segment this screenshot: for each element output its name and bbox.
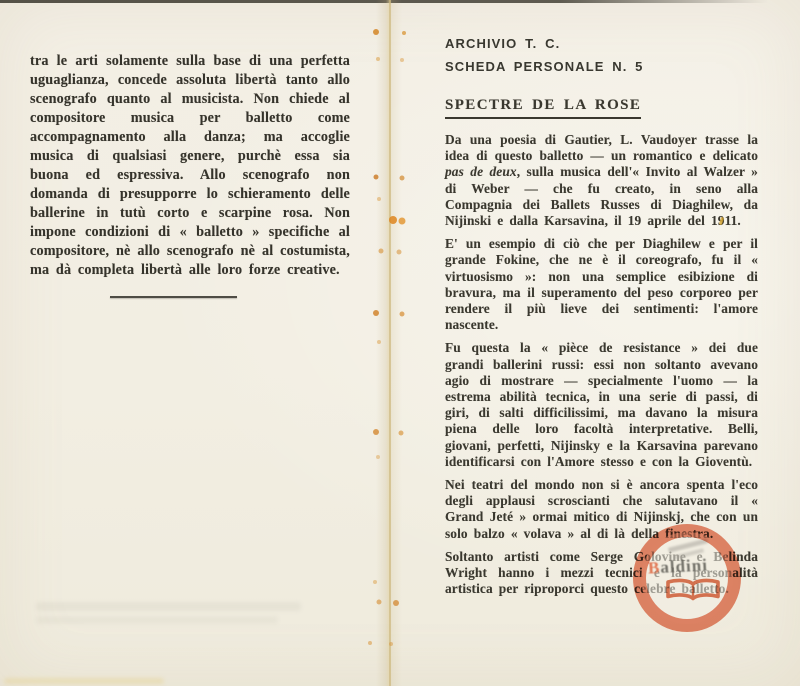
scanned-booklet-spread: tra le arti solamente sulla base di una … (0, 0, 800, 686)
paragraph-1: Da una poesia di Gautier, L. Vaudoyer tr… (445, 132, 758, 229)
fold-stain-dots (0, 0, 4, 4)
show-through-text-line (36, 616, 278, 624)
show-through-text-line (36, 602, 301, 611)
center-fold (376, 0, 402, 686)
paragraph-1-pre: Da una poesia di Gautier, L. Vaudoyer tr… (445, 132, 758, 163)
left-page-paragraph: tra le arti solamente sulla base di una … (30, 52, 350, 280)
paragraph-3: Fu questa la « pièce de resistance » dei… (445, 340, 758, 470)
paragraph-2: E' un esempio di ciò che per Diaghilew e… (445, 236, 758, 333)
section-divider-rule (110, 296, 237, 298)
stamp-ring (633, 524, 741, 632)
archive-header-line2: SCHEDA PERSONALE N. 5 (445, 59, 643, 74)
bottom-edge-smudge (4, 678, 164, 684)
paragraph-1-italic: pas de deux (445, 164, 517, 179)
archive-header: ARCHIVIO T. C. SCHEDA PERSONALE N. 5 (445, 36, 643, 74)
ballet-title: SPECTRE DE LA ROSE (445, 97, 641, 119)
archive-header-line1: ARCHIVIO T. C. (445, 36, 643, 51)
